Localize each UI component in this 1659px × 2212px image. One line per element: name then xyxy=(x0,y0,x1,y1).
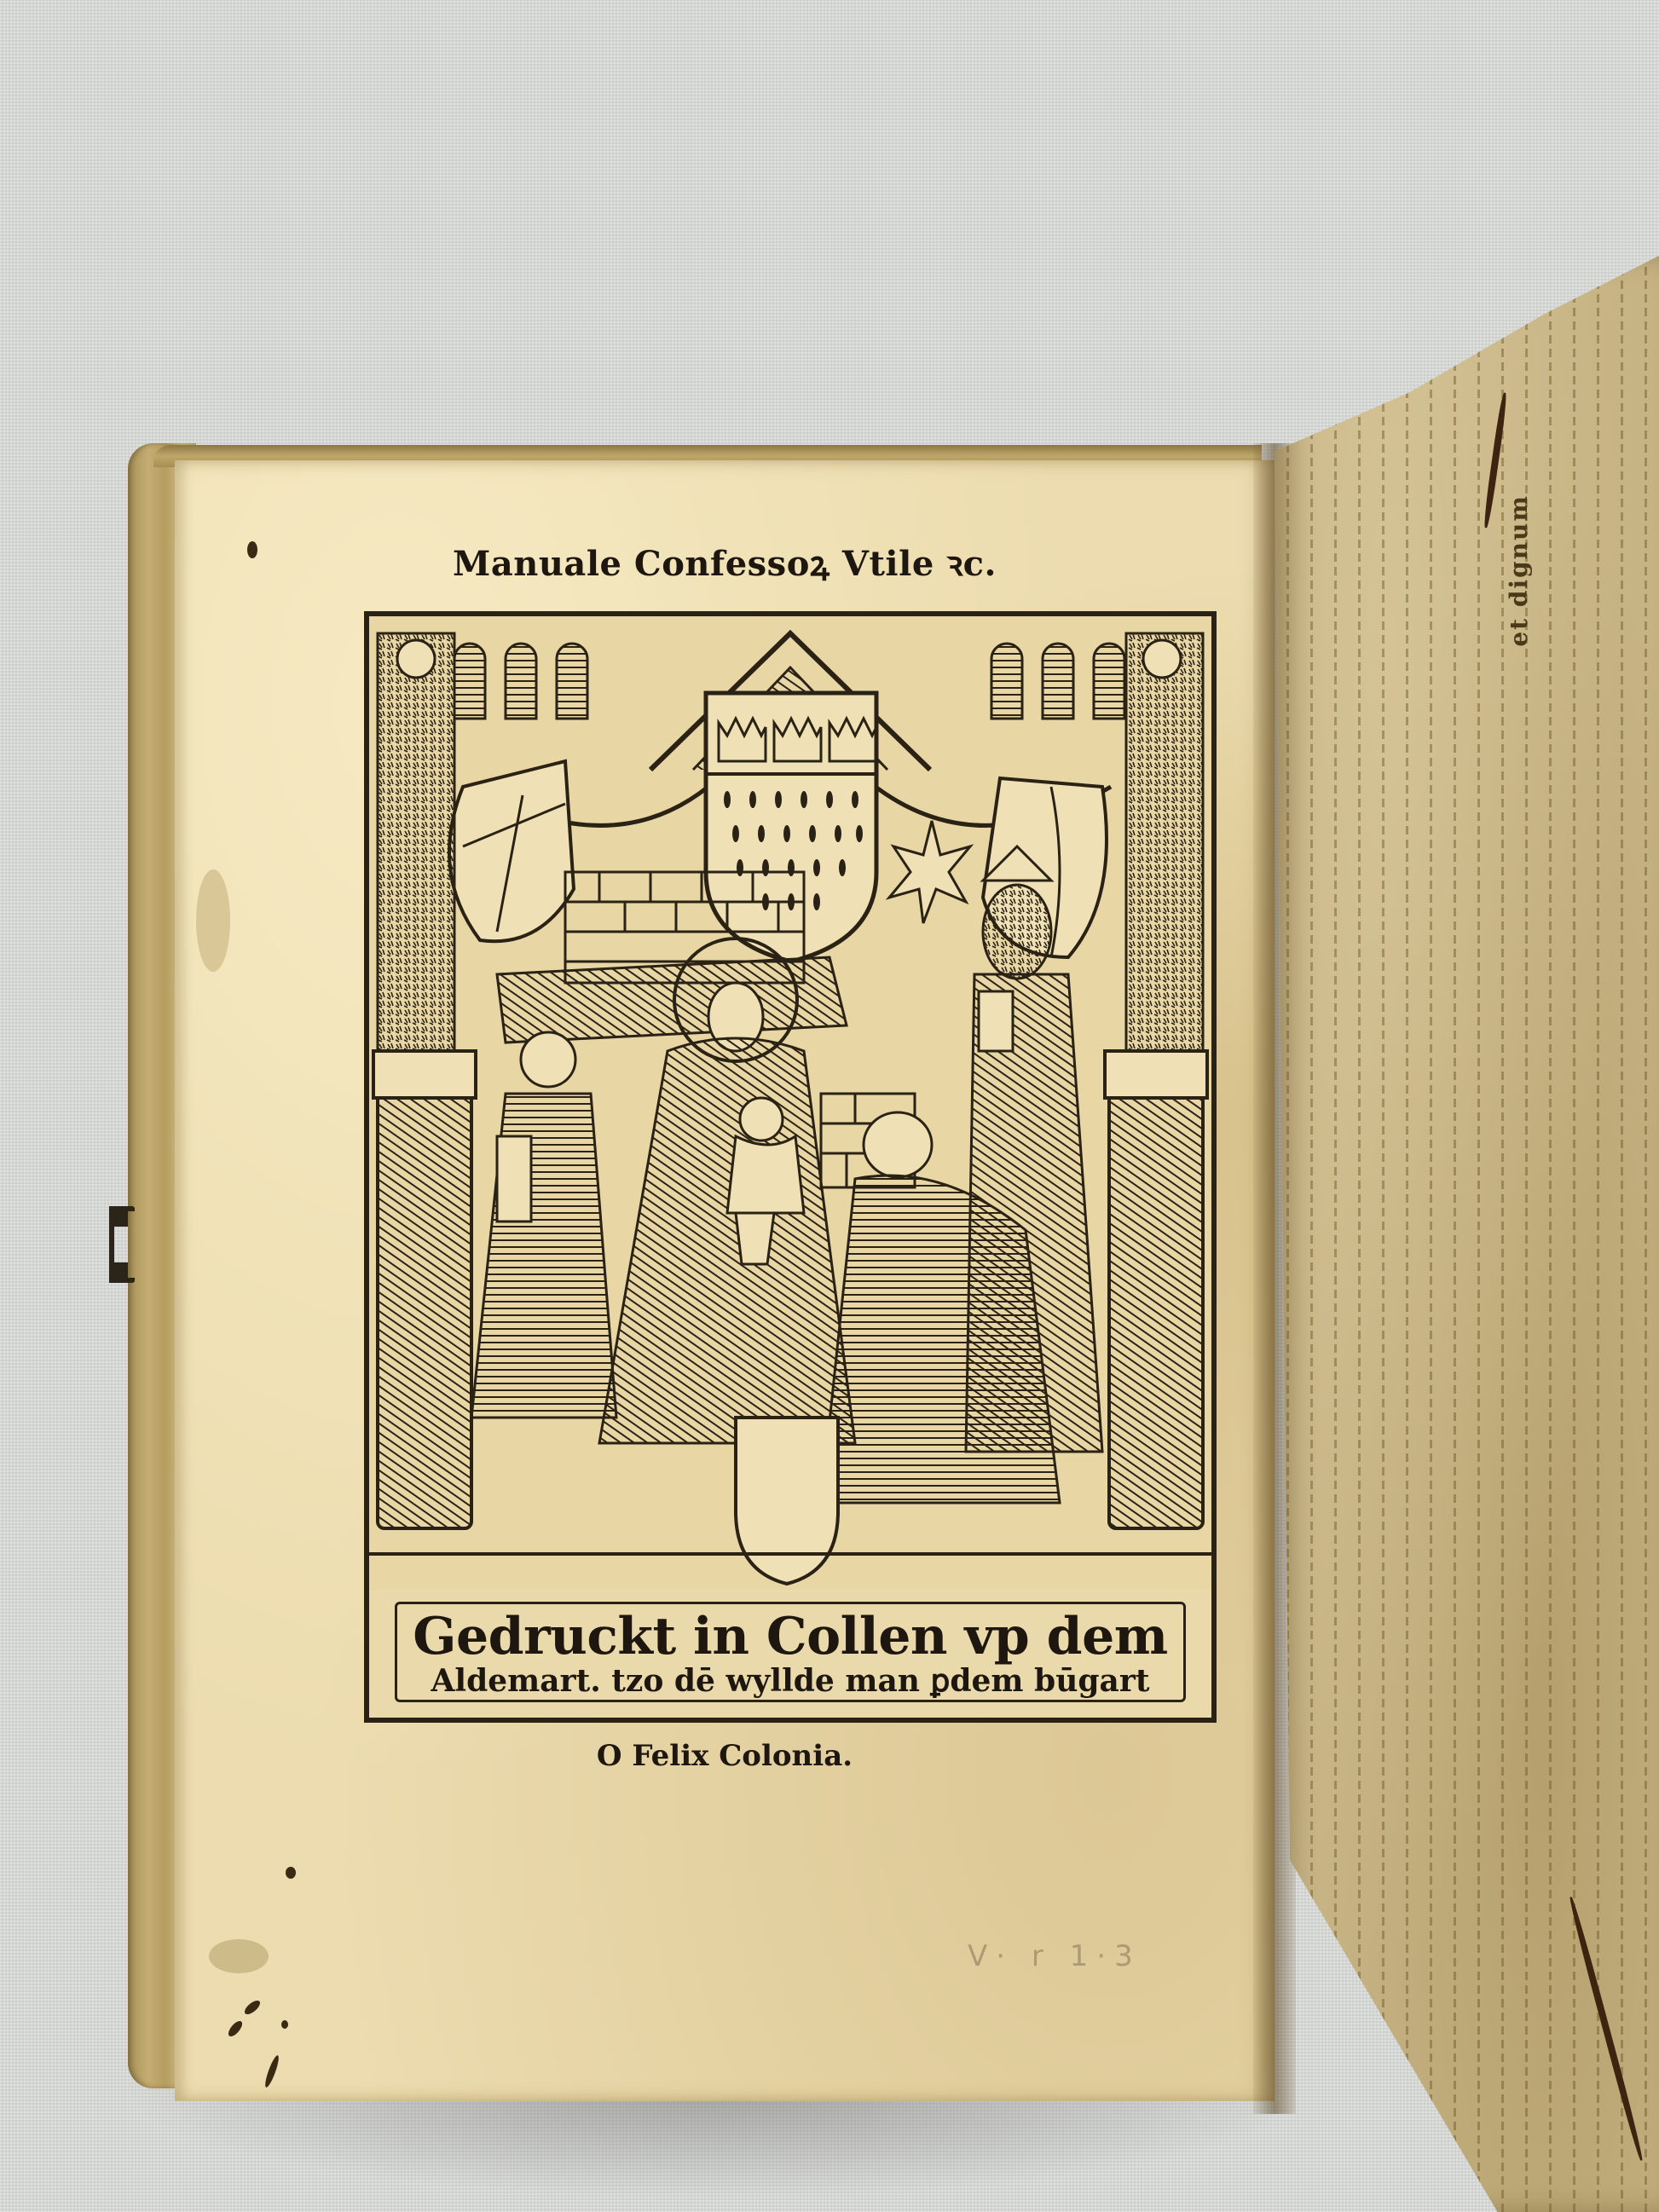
manuscript-text-lines xyxy=(1275,256,1659,2212)
colophon-banner: Gedruckt in Collen vp dem Aldemart. tzo … xyxy=(364,1590,1217,1723)
star xyxy=(889,821,970,923)
wormhole xyxy=(281,2020,288,2029)
wild-man xyxy=(1126,633,1203,1051)
wormhole xyxy=(242,1998,262,2017)
wild-woman xyxy=(378,633,454,1051)
colophon-line-1: Gedruckt in Collen vp dem xyxy=(369,1607,1211,1666)
manuscript-heading: et dignum xyxy=(1505,494,1533,647)
binding-pastedown: et dignum xyxy=(1275,256,1659,2212)
wormhole xyxy=(247,541,257,558)
running-title: Manuale Confessoꝝ Vtile ꝛc. xyxy=(175,539,1275,586)
wormhole xyxy=(263,2054,280,2088)
clasp-icon xyxy=(109,1206,135,1283)
pencil-shelfmark: V· r 1·3 xyxy=(968,1939,1142,1973)
wormhole xyxy=(226,2019,245,2038)
arms-of-cologne xyxy=(706,693,876,962)
imprint-motto: O Felix Colonia. xyxy=(175,1739,1275,1773)
woodcut-illustration xyxy=(364,611,1217,1597)
woodcut-adoration-of-magi-icon xyxy=(369,616,1211,1592)
stain xyxy=(196,869,230,972)
colophon-line-2: Aldemart. tzo dē wyllde man ꝑdem būgart xyxy=(369,1663,1211,1699)
title-page: Manuale Confessoꝝ Vtile ꝛc. xyxy=(175,460,1275,2101)
wormhole xyxy=(286,1867,296,1879)
stain xyxy=(209,1939,269,1973)
blank-shield xyxy=(736,1418,838,1584)
